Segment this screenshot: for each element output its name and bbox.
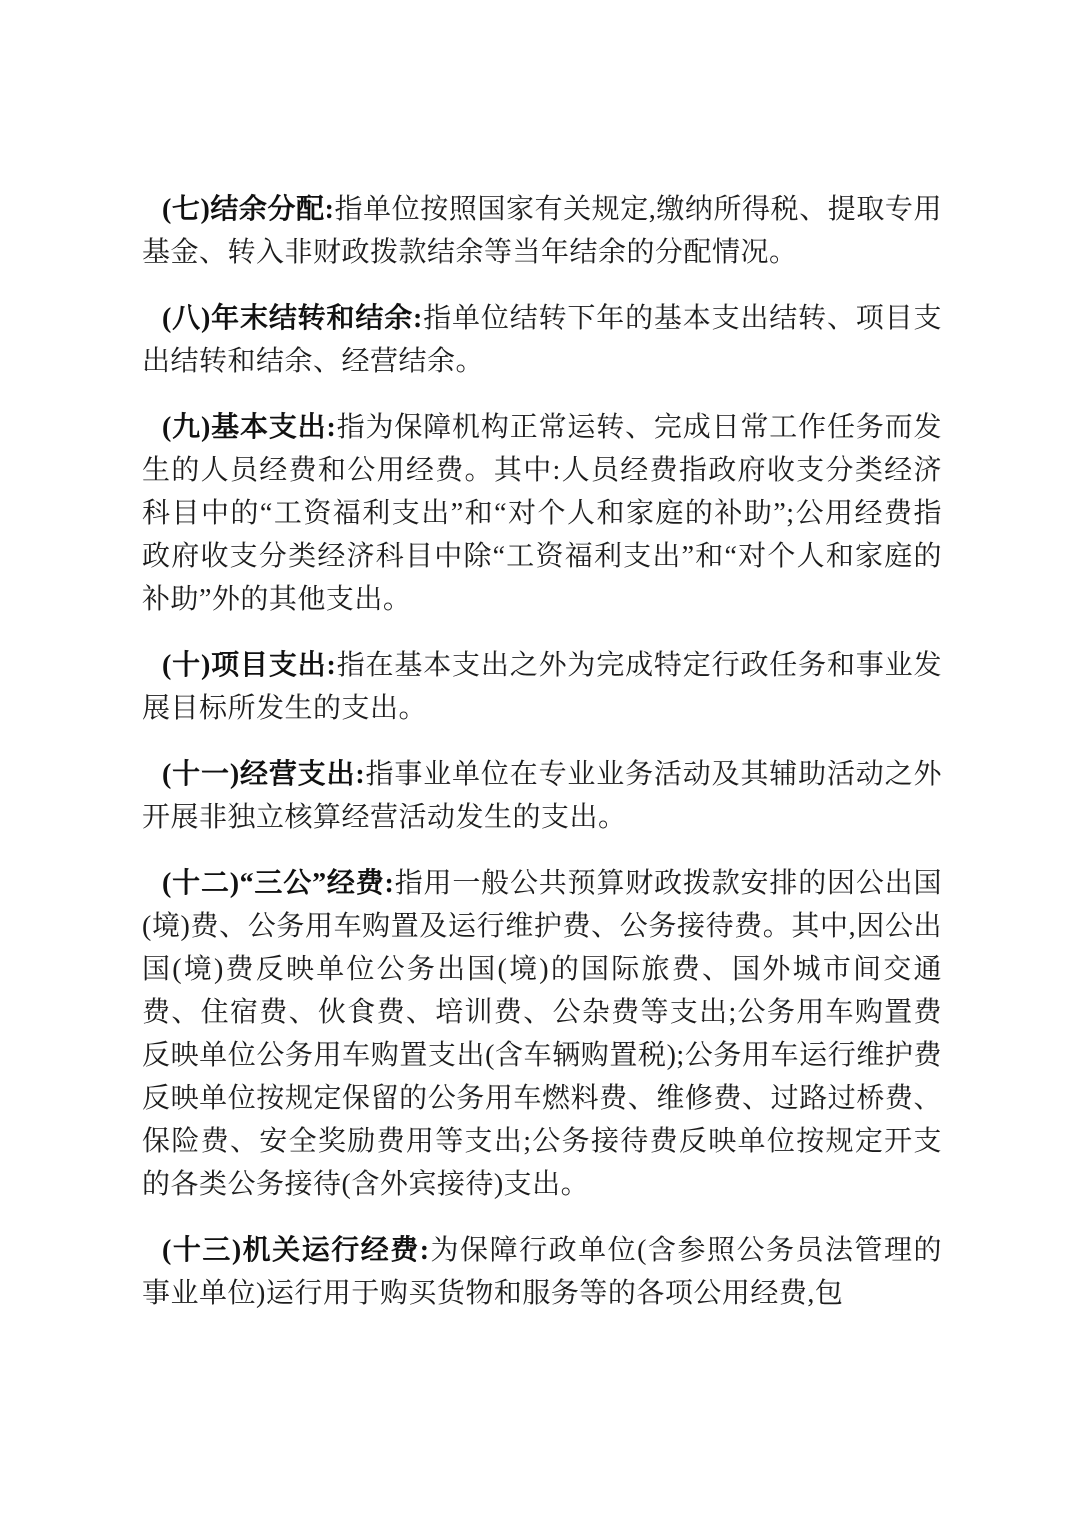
- definition-paragraph-13: (十三)机关运行经费:为保障行政单位(含参照公务员法管理的事业单位)运行用于购买…: [142, 1229, 942, 1315]
- term-label-8: (八)年末结转和结余:: [162, 303, 423, 334]
- definition-paragraph-12: (十二)“三公”经费:指用一般公共预算财政拨款安排的因公出国(境)费、公务用车购…: [142, 862, 942, 1206]
- term-label-9: (九)基本支出:: [162, 412, 336, 443]
- term-label-10: (十)项目支出:: [162, 650, 336, 681]
- term-definition-12: 指用一般公共预算财政拨款安排的因公出国(境)费、公务用车购置及运行维护费、公务接…: [142, 868, 942, 1200]
- term-label-13: (十三)机关运行经费:: [162, 1235, 430, 1266]
- term-label-7: (七)结余分配:: [162, 194, 334, 225]
- term-label-11: (十一)经营支出:: [162, 759, 365, 790]
- definition-paragraph-11: (十一)经营支出:指事业单位在专业业务活动及其辅助活动之外开展非独立核算经营活动…: [142, 753, 942, 839]
- definition-paragraph-7: (七)结余分配:指单位按照国家有关规定,缴纳所得税、提取专用基金、转入非财政拨款…: [142, 188, 942, 274]
- document-page: (七)结余分配:指单位按照国家有关规定,缴纳所得税、提取专用基金、转入非财政拨款…: [0, 0, 1074, 1520]
- definition-paragraph-8: (八)年末结转和结余:指单位结转下年的基本支出结转、项目支出结转和结余、经营结余…: [142, 297, 942, 383]
- definition-paragraph-10: (十)项目支出:指在基本支出之外为完成特定行政任务和事业发展目标所发生的支出。: [142, 644, 942, 730]
- term-label-12: (十二)“三公”经费:: [162, 868, 394, 899]
- definition-paragraph-9: (九)基本支出:指为保障机构正常运转、完成日常工作任务而发生的人员经费和公用经费…: [142, 406, 942, 621]
